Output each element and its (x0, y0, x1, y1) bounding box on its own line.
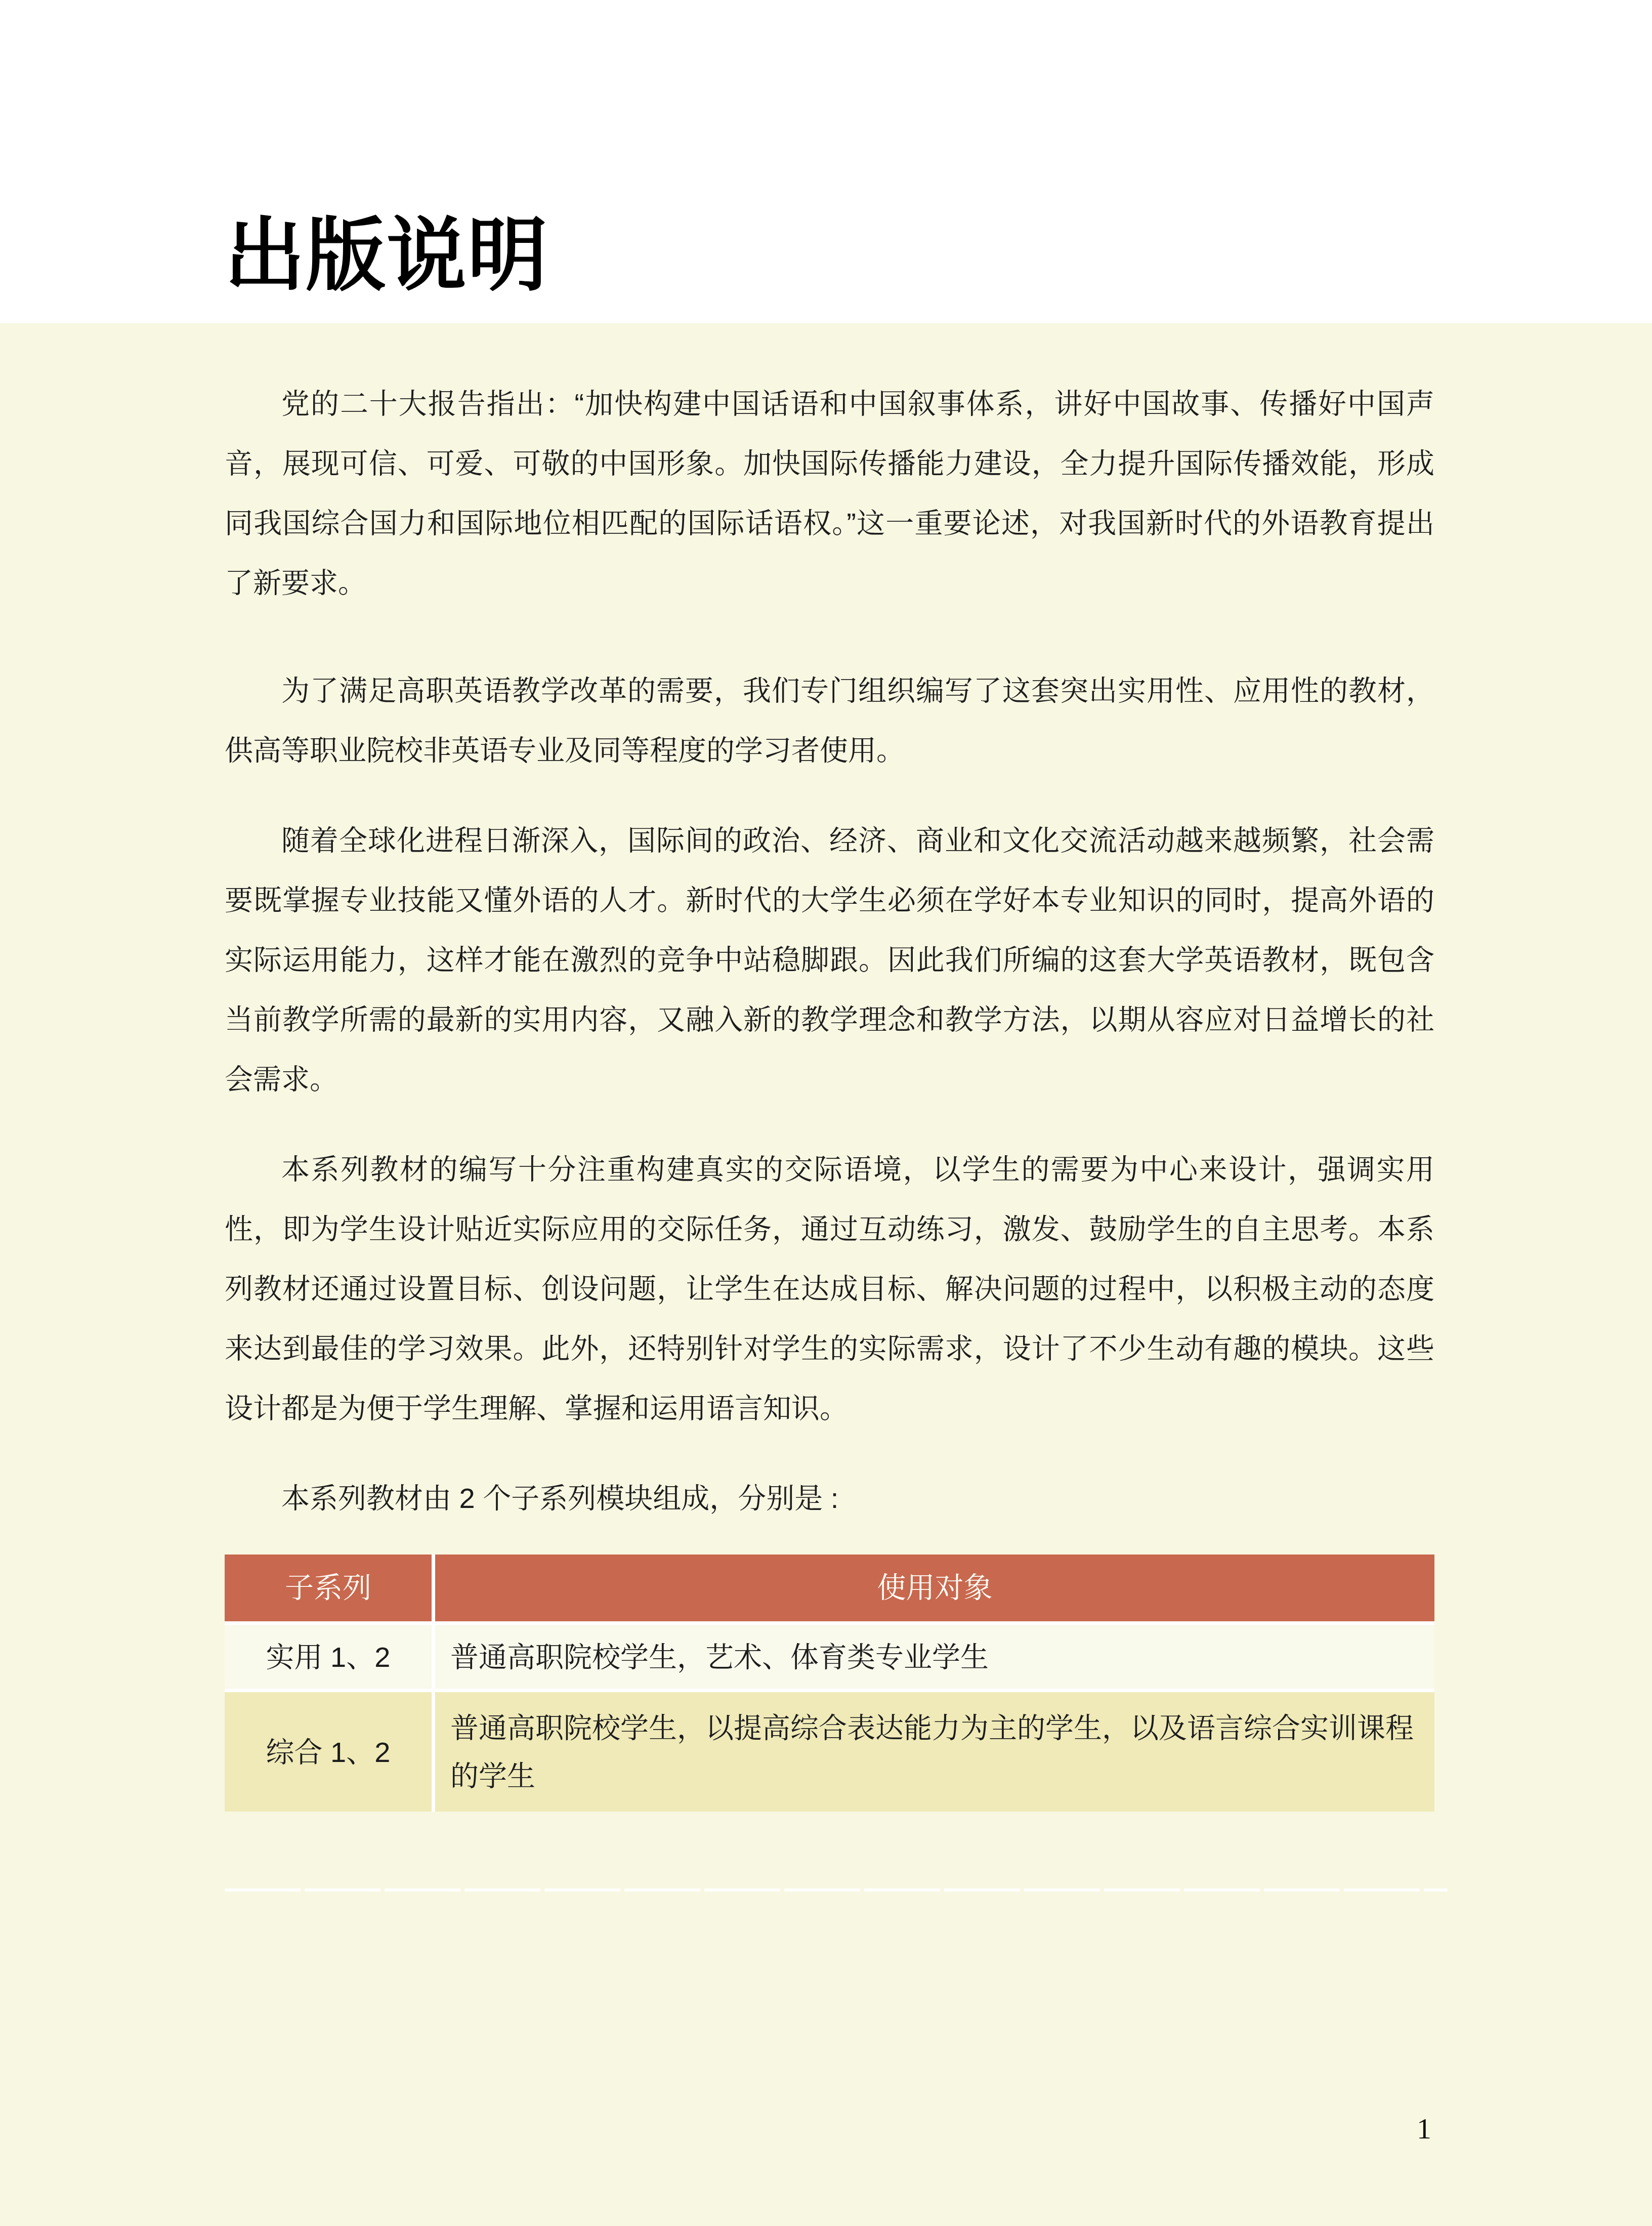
document-page: 出版说明 党的二十大报告指出：“加快构建中国话语和中国叙事体系，讲好中国故事、传… (0, 0, 1652, 2226)
series-table: 子系列 使用对象 实用 1、2 普通高职院校学生，艺术、体育类专业学生 综合 1… (225, 1555, 1434, 1812)
paragraph-3: 随着全球化进程日渐深入，国际间的政治、经济、商业和文化交流活动越来越频繁，社会需… (225, 811, 1434, 1109)
paragraph-4: 本系列教材的编写十分注重构建真实的交际语境，以学生的需要为中心来设计，强调实用性… (225, 1140, 1434, 1438)
paragraph-2: 为了满足高职英语教学改革的需要，我们专门组织编写了这套突出实用性、应用性的教材，… (225, 661, 1434, 780)
table-cell-audience-2: 普通高职院校学生，以提高综合表达能力为主的学生，以及语言综合实训课程的学生 (435, 1692, 1434, 1812)
content-area: 党的二十大报告指出：“加快构建中国话语和中国叙事体系，讲好中国故事、传播好中国声… (0, 323, 1652, 2226)
table-cell-series-1: 实用 1、2 (225, 1625, 432, 1689)
masthead: 出版说明 (0, 0, 1652, 323)
table-cell-series-2: 综合 1、2 (225, 1692, 432, 1812)
table-cell-audience-1: 普通高职院校学生，艺术、体育类专业学生 (435, 1625, 1434, 1689)
paragraph-1: 党的二十大报告指出：“加快构建中国话语和中国叙事体系，讲好中国故事、传播好中国声… (225, 374, 1434, 613)
page-title: 出版说明 (225, 202, 548, 309)
dotted-divider (225, 1888, 1448, 1892)
table-header-series: 子系列 (225, 1555, 432, 1621)
page-number: 1 (225, 2113, 1434, 2145)
table-header-audience: 使用对象 (435, 1555, 1434, 1621)
series-intro: 本系列教材由 2 个子系列模块组成，分别是 : (225, 1468, 1434, 1528)
